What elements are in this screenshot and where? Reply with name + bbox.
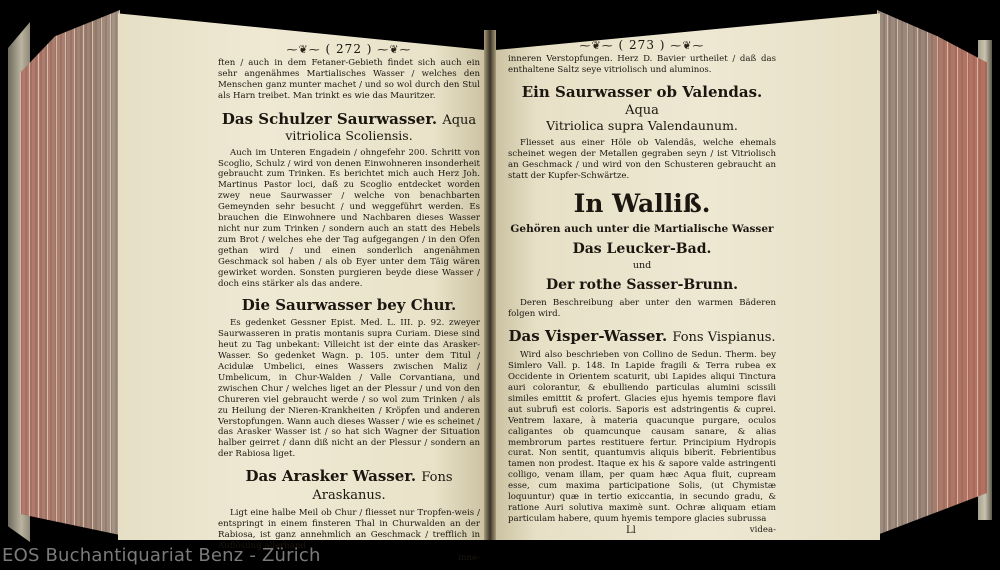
section-heading: Die Saurwasser bey Chur. (218, 297, 480, 314)
section-heading: Das Visper-Wasser. Fons Vispianus. (508, 328, 776, 346)
center-heading: Der rothe Sasser-Brunn. (508, 276, 776, 294)
section-heading: Das Schulzer Saurwasser. Aqua (218, 111, 480, 129)
page-number-272: ⁓❦⁓ ( 272 ) ⁓❦⁓ (218, 42, 480, 56)
section-subheading: vitriolica Scoliensis. (218, 129, 480, 143)
section-heading: Das Arasker Wasser. Fons Araskanus. (218, 468, 480, 504)
section-body: Wird also beschrieben von Collino de Sed… (508, 350, 776, 525)
ornament-icon: ⁓❦⁓ (580, 39, 614, 52)
page-block-edge-left (20, 10, 120, 535)
section-subheading: Vitriolica supra Valendaunum. (508, 119, 776, 133)
page-block-edge-right (877, 10, 987, 535)
ornament-icon: ⁓❦⁓ (287, 43, 321, 56)
page-footer: Ll videa- (508, 525, 776, 537)
watermark: EOS Buchantiquariat Benz - Zürich (2, 545, 321, 566)
left-page-text: ⁓❦⁓ ( 272 ) ⁓❦⁓ ften / auch in dem Fetan… (218, 42, 480, 563)
page-number-273: ⁓❦⁓ ( 273 ) ⁓❦⁓ (508, 38, 776, 52)
book-photo: ⁓❦⁓ ( 272 ) ⁓❦⁓ ften / auch in dem Fetan… (0, 0, 1000, 570)
ornament-icon: ⁓❦⁓ (377, 43, 411, 56)
right-page-text: ⁓❦⁓ ( 273 ) ⁓❦⁓ inneren Verstopfungen. H… (508, 38, 776, 537)
signature-mark: Ll (626, 525, 636, 536)
center-line: und (508, 260, 776, 272)
book-gutter (484, 30, 496, 540)
section-body: Deren Beschreibung aber unter den warmen… (508, 298, 776, 320)
center-line: Gehören auch unter die Martialische Wass… (508, 223, 776, 236)
catchword: videa- (750, 525, 776, 535)
center-heading: Das Leucker-Bad. (508, 240, 776, 258)
section-heading: Ein Saurwasser ob Valendas. Aqua (508, 84, 776, 119)
section-body: Es gedenket Gessner Epist. Med. L. III. … (218, 318, 480, 460)
continuation-text: ften / auch in dem Fetaner-Gebieth finde… (218, 58, 480, 102)
ornament-icon: ⁓❦⁓ (670, 39, 704, 52)
section-body: Auch im Unteren Engadein / ohngefehr 200… (218, 148, 480, 290)
continuation-text: inneren Verstopfungen. Herz D. Bavier ur… (508, 54, 776, 76)
section-body: Fliesset aus einer Höle ob Valendâs, wel… (508, 138, 776, 182)
region-heading: In Walliß. (508, 189, 776, 219)
